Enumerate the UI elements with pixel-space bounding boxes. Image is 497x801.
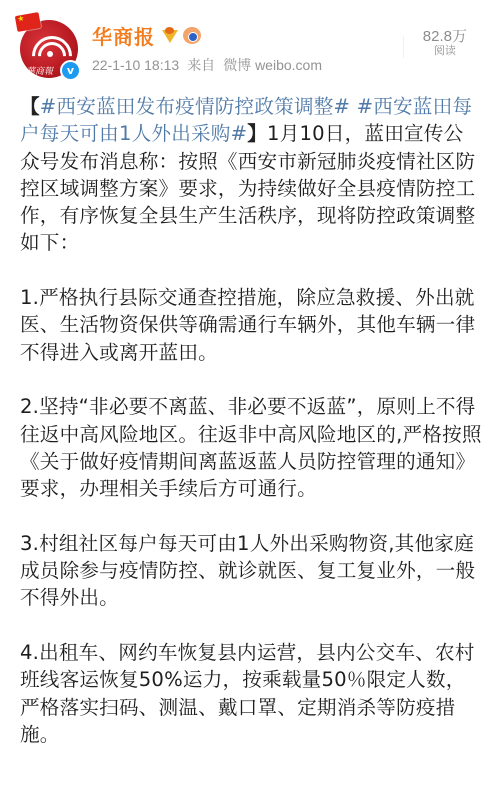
post-intro: 【#西安蓝田发布疫情防控政策调整# #西安蓝田每户每天可由1人外出采购#】1月1…	[20, 93, 482, 257]
divider	[403, 36, 404, 58]
post-source[interactable]: 微博 weibo.com	[223, 57, 322, 73]
author-name[interactable]: 华商报	[92, 21, 155, 50]
author-row: 华商报	[92, 22, 201, 48]
read-count-value: 82.8万	[423, 28, 467, 45]
post-timestamp: 22-1-10 18:13	[92, 57, 179, 73]
medal-badge-icon[interactable]	[161, 27, 178, 44]
policy-item-4: 4.出租车、网约车恢复县内运营，县内公交车、农村班线客运恢复50%运力，按乘载量…	[20, 639, 482, 748]
bracket-close: 】	[247, 122, 267, 145]
post-header: 華商報 v 华商报 22-1-10 18:13来自微博 weibo.com 82…	[0, 0, 497, 88]
policy-item-3: 3.村组社区每户每天可由1人外出采购物资,其他家庭成员除参与疫情防控、就诊就医、…	[20, 530, 482, 612]
source-prefix: 来自	[187, 57, 215, 73]
read-count-label: 阅读	[423, 45, 467, 58]
signal-dot-icon	[47, 51, 53, 57]
hashtag-link[interactable]: #西安蓝田发布疫情防控政策调整#	[40, 95, 350, 118]
avatar-caption: 華商報	[26, 64, 53, 77]
read-count: 82.8万 阅读	[423, 28, 467, 58]
mascot-badge-icon[interactable]	[183, 27, 201, 44]
avatar[interactable]: 華商報 v	[16, 12, 80, 76]
bracket-open: 【	[20, 95, 40, 118]
post-meta: 22-1-10 18:13来自微博 weibo.com	[92, 55, 330, 75]
policy-item-2: 2.坚持“非必要不离蓝、非必要不返蓝”，原则上不得往返中高风险地区。往返非中高风…	[20, 393, 482, 502]
policy-item-1: 1.严格执行县际交通查控措施，除应急救援、外出就医、生活物资保供等确需通行车辆外…	[20, 284, 482, 366]
post-body: 【#西安蓝田发布疫情防控政策调整# #西安蓝田每户每天可由1人外出采购#】1月1…	[20, 93, 482, 775]
verified-icon: v	[60, 60, 81, 81]
